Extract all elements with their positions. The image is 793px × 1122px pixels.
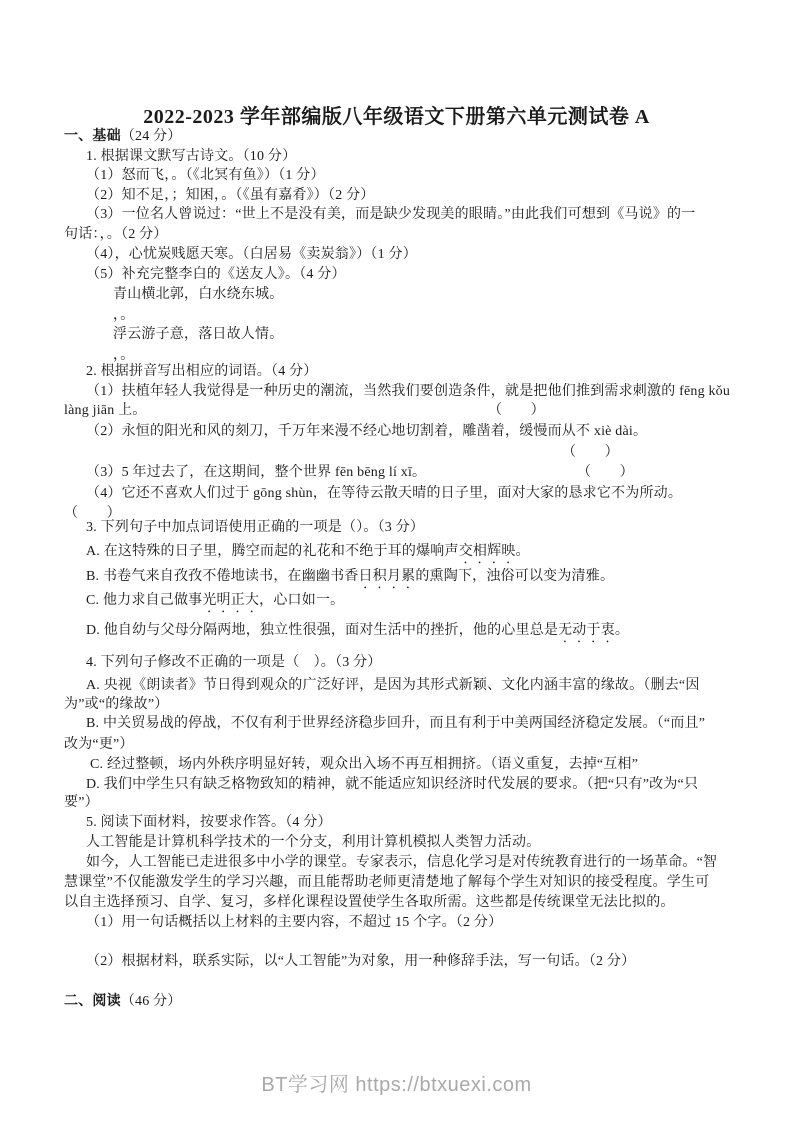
poem-line-1: 青山横北郭，白水绕东城。	[113, 286, 283, 303]
q3-stem: 3. 下列句子中加点词语使用正确的一项是（）。（3 分）	[86, 519, 424, 536]
document-page: 2022-2023 学年部编版八年级语文下册第六单元测试卷 A 一、基础（24 …	[0, 0, 793, 1122]
q2-2-answer-bracket: （ ）	[562, 444, 619, 461]
q3-option-a: A. 在这特殊的日子里，腾空而起的礼花和不绝于耳的爆响声交相辉映。	[86, 543, 530, 567]
q2-1-cont: làng jiān 上。	[64, 402, 147, 419]
watermark: BT学习网 https://btxuexi.com	[0, 1068, 793, 1097]
q4-option-c: C. 经过整顿，场内外秩序明显好转，观众出入场不再互相拥挤。（语义重复，去掉“互…	[90, 756, 638, 773]
q5-material-1: 人工智能是计算机科学技术的一个分支，利用计算机模拟人类智力活动。	[86, 834, 540, 851]
q1-3-cont: 句话：，。（2 分）	[64, 226, 168, 243]
q2-3: （3）5 年过去了，在这期间，整个世界 fēn bēng lí xī。	[86, 464, 426, 481]
q5-2: （2）根据材料，联系实际，以“人工智能”为对象，用一种修辞手法，写一句话。（2 …	[86, 953, 635, 970]
q1-5: （5）补充完整李白的《送友人》。（4 分）	[86, 266, 346, 283]
q2-2: （2）永恒的阳光和风的刻刀，千万年来漫不经心地切割着，雕凿着，缓慢而从不 xiè…	[86, 423, 647, 440]
q5-material-2: 如今，人工智能已走进很多中小学的课堂。专家表示，信息化学习是对传统教育进行的一场…	[86, 854, 717, 871]
q1-2: （2）知不足，；知困，。（《虽有嘉肴》）（2 分）	[86, 187, 375, 204]
q4-option-a: A. 央视《朗读者》节日得到观众的广泛好评，是因为其形式新颖、文化内涵丰富的缘故…	[86, 677, 700, 694]
q2-4: （4）它还不喜欢人们过于 gōng shùn，在等待云散天晴的日子里，面对大家的…	[86, 485, 682, 502]
q2-stem: 2. 根据拼音写出相应的词语。（4 分）	[86, 363, 318, 380]
poem-blank-1: ，。	[113, 307, 134, 324]
section-heading-reading: 二、阅读（46 分）	[64, 993, 182, 1010]
q1-stem: 1. 根据课文默写古诗文。（10 分）	[86, 148, 296, 165]
q5-stem: 5. 阅读下面材料，按要求作答。（4 分）	[86, 814, 332, 831]
q2-1-answer-bracket: （ ）	[488, 402, 545, 419]
q1-1: （1）怒而飞，。（《北冥有鱼》）（1 分）	[86, 167, 325, 184]
q5-material-2-cont2: 以自主选择预习、自学、复习，多样化课程设置使学生各取所需。这些都是传统课堂无法比…	[64, 894, 675, 911]
q4-option-d-cont: 要”）	[64, 794, 99, 811]
q3-option-c: C. 他力求自己做事光明正大，心口如一。	[86, 592, 344, 616]
q4-stem: 4. 下列句子修改不正确的一项是（ ）。（3 分）	[86, 654, 382, 671]
q4-option-b-cont: 改为“更”）	[64, 736, 134, 753]
section-heading-basics: 一、基础（24 分）	[64, 128, 182, 145]
q4-option-b: B. 中关贸易战的停战，不仅有利于世界经济稳步回升，而且有利于中美两国经济稳定发…	[86, 715, 705, 732]
q5-material-2-cont1: 慧课堂”不仅能激发学生的学习兴趣，而且能帮助老师更清楚地了解每个学生对知识的接受…	[64, 874, 709, 891]
q1-4: （4），心忧炭贱愿天寒。（白居易《卖炭翁》）（1 分）	[86, 246, 417, 263]
page-title: 2022-2023 学年部编版八年级语文下册第六单元测试卷 A	[0, 100, 793, 129]
q4-option-a-cont: 为”或“的缘故”）	[64, 696, 168, 713]
poem-line-2: 浮云游子意，落日故人情。	[113, 326, 283, 343]
q3-option-b: B. 书卷气来自孜孜不倦地读书，在幽幽书香日积月累的熏陶下，浊俗可以变为清雅。	[86, 568, 614, 592]
q2-1: （1）扶植年轻人我觉得是一种历史的潮流，当然我们要创造条件，就是把他们推到需求刺…	[86, 383, 730, 400]
poem-blank-2: ，。	[113, 347, 134, 364]
q5-1: （1）用一句话概括以上材料的主要内容，不超过 15 个字。（2 分）	[86, 914, 502, 931]
q2-3-answer-bracket: （ ）	[577, 464, 634, 481]
q1-3: （3）一位名人曾说过：“世上不是没有美，而是缺少发现美的眼睛。”由此我们可想到《…	[86, 206, 695, 223]
q4-option-d: D. 我们中学生只有缺乏格物致知的精神，就不能适应知识经济时代发展的要求。（把“…	[86, 776, 698, 793]
q3-option-d: D. 他自幼与父母分隔两地，独立性很强，面对生活中的挫折，他的心里总是无动于衷。	[86, 622, 629, 646]
